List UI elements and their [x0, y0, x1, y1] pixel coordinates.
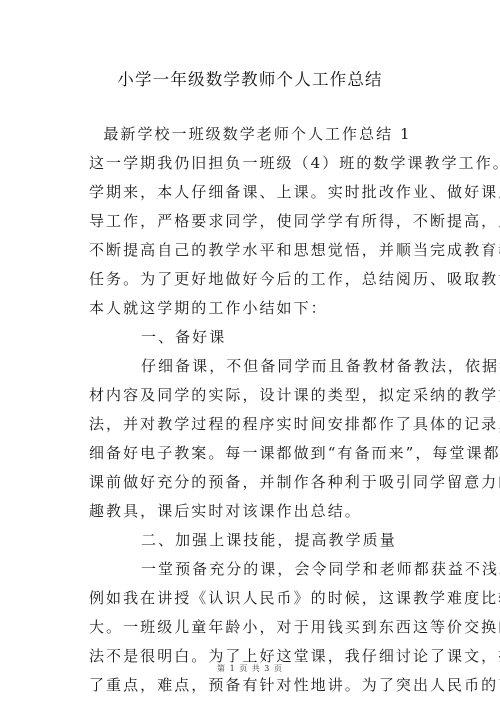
text-line: 法，并对教学过程的程序实时间安排都作了具体的记录，仔: [89, 410, 434, 439]
text-line: 材内容及同学的实际，设计课的类型，拟定采纳的教学方: [89, 381, 434, 410]
text-line: 一堂预备充分的课，会令同学和老师都获益不浅。: [89, 555, 434, 584]
text-line: 仔细备课，不但备同学而且备教材备教法，依据教: [89, 352, 434, 381]
text-line: 不断提高自己的教学水平和思想觉悟，并顺当完成教育教学: [89, 236, 434, 265]
text-line: 任务。为了更好地做好今后的工作，总结阅历、吸取教训，: [89, 265, 434, 294]
text-line: 一、备好课: [89, 323, 434, 352]
text-line: 这一学期我仍旧担负一班级（4）班的数学课教学工作。一: [89, 149, 434, 178]
paragraph-lines: 这一学期我仍旧担负一班级（4）班的数学课教学工作。一学期来，本人仔细备课、上课。…: [89, 149, 434, 700]
text-line: 了重点，难点，预备有针对性地讲。为了突出人民币的商品: [89, 671, 434, 700]
document-title: 小学一年级数学教师个人工作总结: [0, 66, 500, 90]
text-line: 细备好电子教案。每一课都做到“有备而来”，每堂课都在: [89, 439, 434, 468]
text-line: 本人就这学期的工作小结如下：: [89, 294, 434, 323]
section-subtitle: 最新学校一班级数学老师个人工作总结 1: [89, 120, 434, 149]
page-footer: 第 1 页 共 3 页: [0, 663, 500, 674]
text-line: 导工作，严格要求同学，使同学学有所得，不断提高，从而: [89, 207, 434, 236]
text-line: 大。一班级儿童年龄小，对于用钱买到东西这等价交换的方: [89, 613, 434, 642]
text-line: 趣教具，课后实时对该课作出总结。: [89, 497, 434, 526]
text-line: 课前做好充分的预备，并制作各种利于吸引同学留意力的有: [89, 468, 434, 497]
text-line: 学期来，本人仔细备课、上课。实时批改作业、做好课后辅: [89, 178, 434, 207]
document-body: 最新学校一班级数学老师个人工作总结 1 这一学期我仍旧担负一班级（4）班的数学课…: [89, 120, 434, 700]
text-line: 例如我在讲授《认识人民币》的时候，这课教学难度比较: [89, 584, 434, 613]
text-line: 二、加强上课技能，提高教学质量: [89, 526, 434, 555]
